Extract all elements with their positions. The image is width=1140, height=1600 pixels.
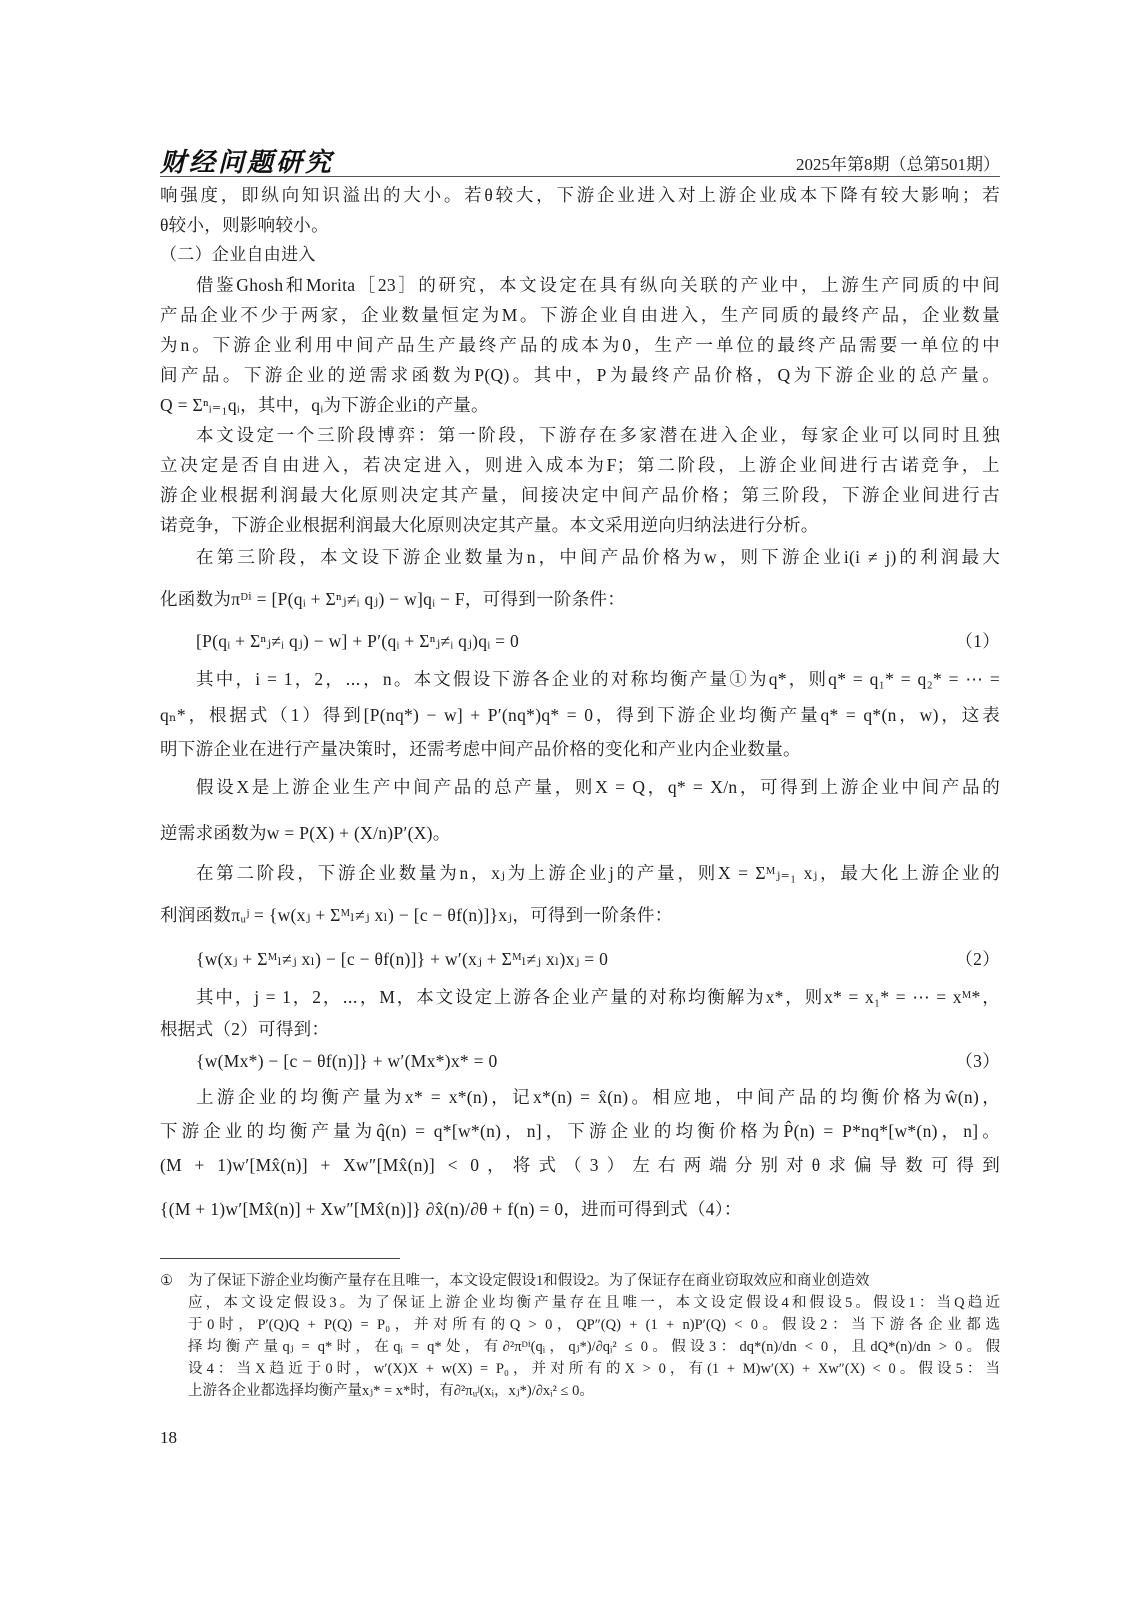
running-header: 财经问题研究 2025年第8期（总第501期）	[160, 140, 1000, 177]
line-text: 化函数为πᴰⁱ = [P(qᵢ + Σⁿⱼ≠ᵢ qⱼ) − w]qᵢ − F，可…	[160, 589, 625, 609]
line-text: {(M + 1)w′[Mx̂(n)] + Xw″[Mx̂(n)]} ∂x̂(n)…	[160, 1199, 742, 1219]
text-line: 产品企业不少于两家，企业数量恒定为M。下游企业自由进入，生产同质的最终产品，企业…	[160, 303, 1000, 327]
footnote-line: 应，本文设定假设3。为了保证上游企业均衡产量存在且唯一，本文设定假设4和假设5。…	[188, 1292, 1000, 1314]
footnote-text: 择均衡产量qⱼ = q*时，在qᵢ = q*处，有∂²πᴰⁱ(qᵢ，qⱼ*)/∂…	[188, 1339, 1000, 1355]
journal-logo: 财经问题研究	[160, 142, 334, 179]
text-line: 其中，j = 1，2，⋯，M，本文设定上游各企业产量的对称均衡解为x*，则x* …	[160, 985, 1000, 1009]
equation: {w(Mx*) − [c − θf(n)]} + w′(Mx*)x* = 0（3…	[160, 1049, 1000, 1073]
line-text: (M + 1)w′[Mx̂(n)] + Xw″[Mx̂(n)] < 0，将式（3…	[160, 1155, 1000, 1175]
line-text: 在第二阶段，下游企业数量为n，xⱼ为上游企业j的产量，则X = Σᴹⱼ₌₁ xⱼ…	[196, 863, 1000, 883]
line-text: 其中，j = 1，2，⋯，M，本文设定上游各企业产量的对称均衡解为x*，则x* …	[196, 987, 1000, 1007]
line-text: 假设X是上游企业生产中间产品的总产量，则X = Q，q* = X/n，可得到上游…	[196, 777, 1000, 797]
document-page: 财经问题研究 2025年第8期（总第501期） 响强度，即纵向知识溢出的大小。若…	[0, 0, 1140, 1600]
text-line: 利润函数πᵤʲ = {w(xⱼ + Σᴹₗ≠ⱼ xₗ) − [c − θf(n)…	[160, 903, 1000, 927]
line-text: 诺竞争，下游企业根据利润最大化原则决定其产量。本文采用逆向归纳法进行分析。	[160, 515, 819, 535]
text-line: 本文设定一个三阶段博弈：第一阶段，下游存在多家潜在进入企业，每家企业可以同时且独	[160, 423, 1000, 447]
footnote-text: 于0时，P′(Q)Q + P(Q) = P₀，并对所有的Q > 0，QP″(Q)…	[188, 1317, 1000, 1333]
text-line: 上游企业的均衡产量为x* = x*(n)，记x*(n) = x̂(n)。相应地，…	[160, 1085, 1000, 1109]
footnote-text: 应，本文设定假设3。为了保证上游企业均衡产量存在且唯一，本文设定假设4和假设5。…	[188, 1295, 1000, 1311]
line-text: 明下游企业在进行产量决策时，还需考虑中间产品价格的变化和产业内企业数量。	[160, 739, 801, 759]
text-line: θ较小，则影响较小。	[160, 213, 1000, 237]
text-line: 逆需求函数为w = P(X) + (X/n)P′(X)。	[160, 821, 1000, 845]
page-number: 18	[160, 1428, 177, 1448]
text-line: 下游企业的均衡产量为q̂(n) = q*[w*(n)，n]，下游企业的均衡价格为…	[160, 1119, 1000, 1143]
equation-number: （3）	[955, 1049, 1000, 1073]
line-text: 其中，i = 1，2，⋯，n。本文假设下游各企业的对称均衡产量①为q*，则q* …	[196, 669, 1000, 689]
footnote-line: 择均衡产量qⱼ = q*时，在qᵢ = q*处，有∂²πᴰⁱ(qᵢ，qⱼ*)/∂…	[188, 1336, 1000, 1358]
line-text: 游企业根据利润最大化原则决定其产量，间接决定中间产品价格；第三阶段，下游企业间进…	[160, 485, 1000, 505]
line-text: 本文设定一个三阶段博弈：第一阶段，下游存在多家潜在进入企业，每家企业可以同时且独	[196, 425, 1000, 445]
text-line: 响强度，即纵向知识溢出的大小。若θ较大，下游企业进入对上游企业成本下降有较大影响…	[160, 183, 1000, 207]
line-text: {w(xⱼ + Σᴹₗ≠ⱼ xₗ) − [c − θf(n)]} + w′(xⱼ…	[196, 949, 608, 969]
footnote-text: 上游各企业都选择均衡产量xⱼ* = x*时，有∂²πᵤʲ(xᵢ，xⱼ*)/∂xᵢ…	[188, 1383, 594, 1399]
issue-info: 2025年第8期（总第501期）	[796, 150, 1000, 175]
text-line: 假设X是上游企业生产中间产品的总产量，则X = Q，q* = X/n，可得到上游…	[160, 775, 1000, 799]
text-line: 借鉴Ghosh和Morita［23］的研究，本文设定在具有纵向关联的产业中，上游…	[160, 273, 1000, 297]
footnote-marker: ①	[160, 1270, 188, 1292]
line-text: 在第三阶段，本文设下游企业数量为n，中间产品价格为w，则下游企业i(i ≠ j)…	[196, 547, 1000, 567]
equation: {w(xⱼ + Σᴹₗ≠ⱼ xₗ) − [c − θf(n)]} + w′(xⱼ…	[160, 947, 1000, 971]
footnote-text: 为了保证下游企业均衡产量存在且唯一，本文设定假设1和假设2。为了保证存在商业窃取…	[188, 1273, 870, 1289]
line-text: {w(Mx*) − [c − θf(n)]} + w′(Mx*)x* = 0	[196, 1051, 498, 1071]
line-text: 上游企业的均衡产量为x* = x*(n)，记x*(n) = x̂(n)。相应地，…	[196, 1087, 1000, 1107]
line-text: 产品企业不少于两家，企业数量恒定为M。下游企业自由进入，生产同质的最终产品，企业…	[160, 305, 1000, 325]
text-line: (M + 1)w′[Mx̂(n)] + Xw″[Mx̂(n)] < 0，将式（3…	[160, 1153, 1000, 1177]
line-text: 响强度，即纵向知识溢出的大小。若θ较大，下游企业进入对上游企业成本下降有较大影响…	[160, 185, 1000, 205]
text-line: {(M + 1)w′[Mx̂(n)] + Xw″[Mx̂(n)]} ∂x̂(n)…	[160, 1197, 1000, 1221]
line-text: [P(qᵢ + Σⁿⱼ≠ᵢ qⱼ) − w] + P′(qᵢ + Σⁿⱼ≠ᵢ q…	[196, 631, 519, 651]
footnote-divider	[160, 1258, 400, 1259]
footnote-line: 于0时，P′(Q)Q + P(Q) = P₀，并对所有的Q > 0，QP″(Q)…	[188, 1314, 1000, 1336]
line-text: 下游企业的均衡产量为q̂(n) = q*[w*(n)，n]，下游企业的均衡价格为…	[160, 1121, 1000, 1141]
text-line: 在第二阶段，下游企业数量为n，xⱼ为上游企业j的产量，则X = Σᴹⱼ₌₁ xⱼ…	[160, 861, 1000, 885]
text-line: Q = Σⁿᵢ₌₁qᵢ，其中，qᵢ为下游企业i的产量。	[160, 393, 1000, 417]
line-text: 逆需求函数为w = P(X) + (X/n)P′(X)。	[160, 823, 451, 843]
line-text: 利润函数πᵤʲ = {w(xⱼ + Σᴹₗ≠ⱼ xₗ) − [c − θf(n)…	[160, 905, 673, 925]
line-text: 借鉴Ghosh和Morita［23］的研究，本文设定在具有纵向关联的产业中，上游…	[196, 275, 1000, 295]
section-heading: （二）企业自由进入	[160, 243, 1000, 267]
line-text: 为n。下游企业利用中间产品生产最终产品的成本为0，生产一单位的最终产品需要一单位…	[160, 335, 1000, 355]
equation: [P(qᵢ + Σⁿⱼ≠ᵢ qⱼ) − w] + P′(qᵢ + Σⁿⱼ≠ᵢ q…	[160, 629, 1000, 653]
text-line: 其中，i = 1，2，⋯，n。本文假设下游各企业的对称均衡产量①为q*，则q* …	[160, 667, 1000, 691]
line-text: θ较小，则影响较小。	[160, 215, 329, 235]
footnote-line: ①为了保证下游企业均衡产量存在且唯一，本文设定假设1和假设2。为了保证存在商业窃…	[160, 1270, 1000, 1292]
line-text: 间产品。下游企业的逆需求函数为P(Q)。其中，P为最终产品价格，Q为下游企业的总…	[160, 365, 1000, 385]
text-line: 在第三阶段，本文设下游企业数量为n，中间产品价格为w，则下游企业i(i ≠ j)…	[160, 545, 1000, 569]
equation-number: （2）	[955, 947, 1000, 971]
footnote-line: 设4：当X趋近于0时，w′(X)X + w(X) = P₀，并对所有的X > 0…	[188, 1358, 1000, 1380]
text-line: 立决定是否自由进入，若决定进入，则进入成本为F；第二阶段，上游企业间进行古诺竞争…	[160, 453, 1000, 477]
line-text: （二）企业自由进入	[160, 245, 316, 265]
text-line: qₙ*，根据式（1）得到[P(nq*) − w] + P′(nq*)q* = 0…	[160, 703, 1000, 727]
text-line: 化函数为πᴰⁱ = [P(qᵢ + Σⁿⱼ≠ᵢ qⱼ) − w]qᵢ − F，可…	[160, 587, 1000, 611]
line-text: Q = Σⁿᵢ₌₁qᵢ，其中，qᵢ为下游企业i的产量。	[160, 395, 489, 415]
line-text: qₙ*，根据式（1）得到[P(nq*) − w] + P′(nq*)q* = 0…	[160, 705, 1000, 725]
equation-number: （1）	[955, 629, 1000, 653]
line-text: 根据式（2）可得到：	[160, 1019, 329, 1039]
text-line: 游企业根据利润最大化原则决定其产量，间接决定中间产品价格；第三阶段，下游企业间进…	[160, 483, 1000, 507]
text-line: 根据式（2）可得到：	[160, 1017, 1000, 1041]
text-line: 为n。下游企业利用中间产品生产最终产品的成本为0，生产一单位的最终产品需要一单位…	[160, 333, 1000, 357]
text-line: 诺竞争，下游企业根据利润最大化原则决定其产量。本文采用逆向归纳法进行分析。	[160, 513, 1000, 537]
line-text: 立决定是否自由进入，若决定进入，则进入成本为F；第二阶段，上游企业间进行古诺竞争…	[160, 455, 1000, 475]
footnote-line: 上游各企业都选择均衡产量xⱼ* = x*时，有∂²πᵤʲ(xᵢ，xⱼ*)/∂xᵢ…	[188, 1380, 1000, 1402]
footnote-text: 设4：当X趋近于0时，w′(X)X + w(X) = P₀，并对所有的X > 0…	[188, 1361, 1000, 1377]
text-line: 明下游企业在进行产量决策时，还需考虑中间产品价格的变化和产业内企业数量。	[160, 737, 1000, 761]
text-line: 间产品。下游企业的逆需求函数为P(Q)。其中，P为最终产品价格，Q为下游企业的总…	[160, 363, 1000, 387]
